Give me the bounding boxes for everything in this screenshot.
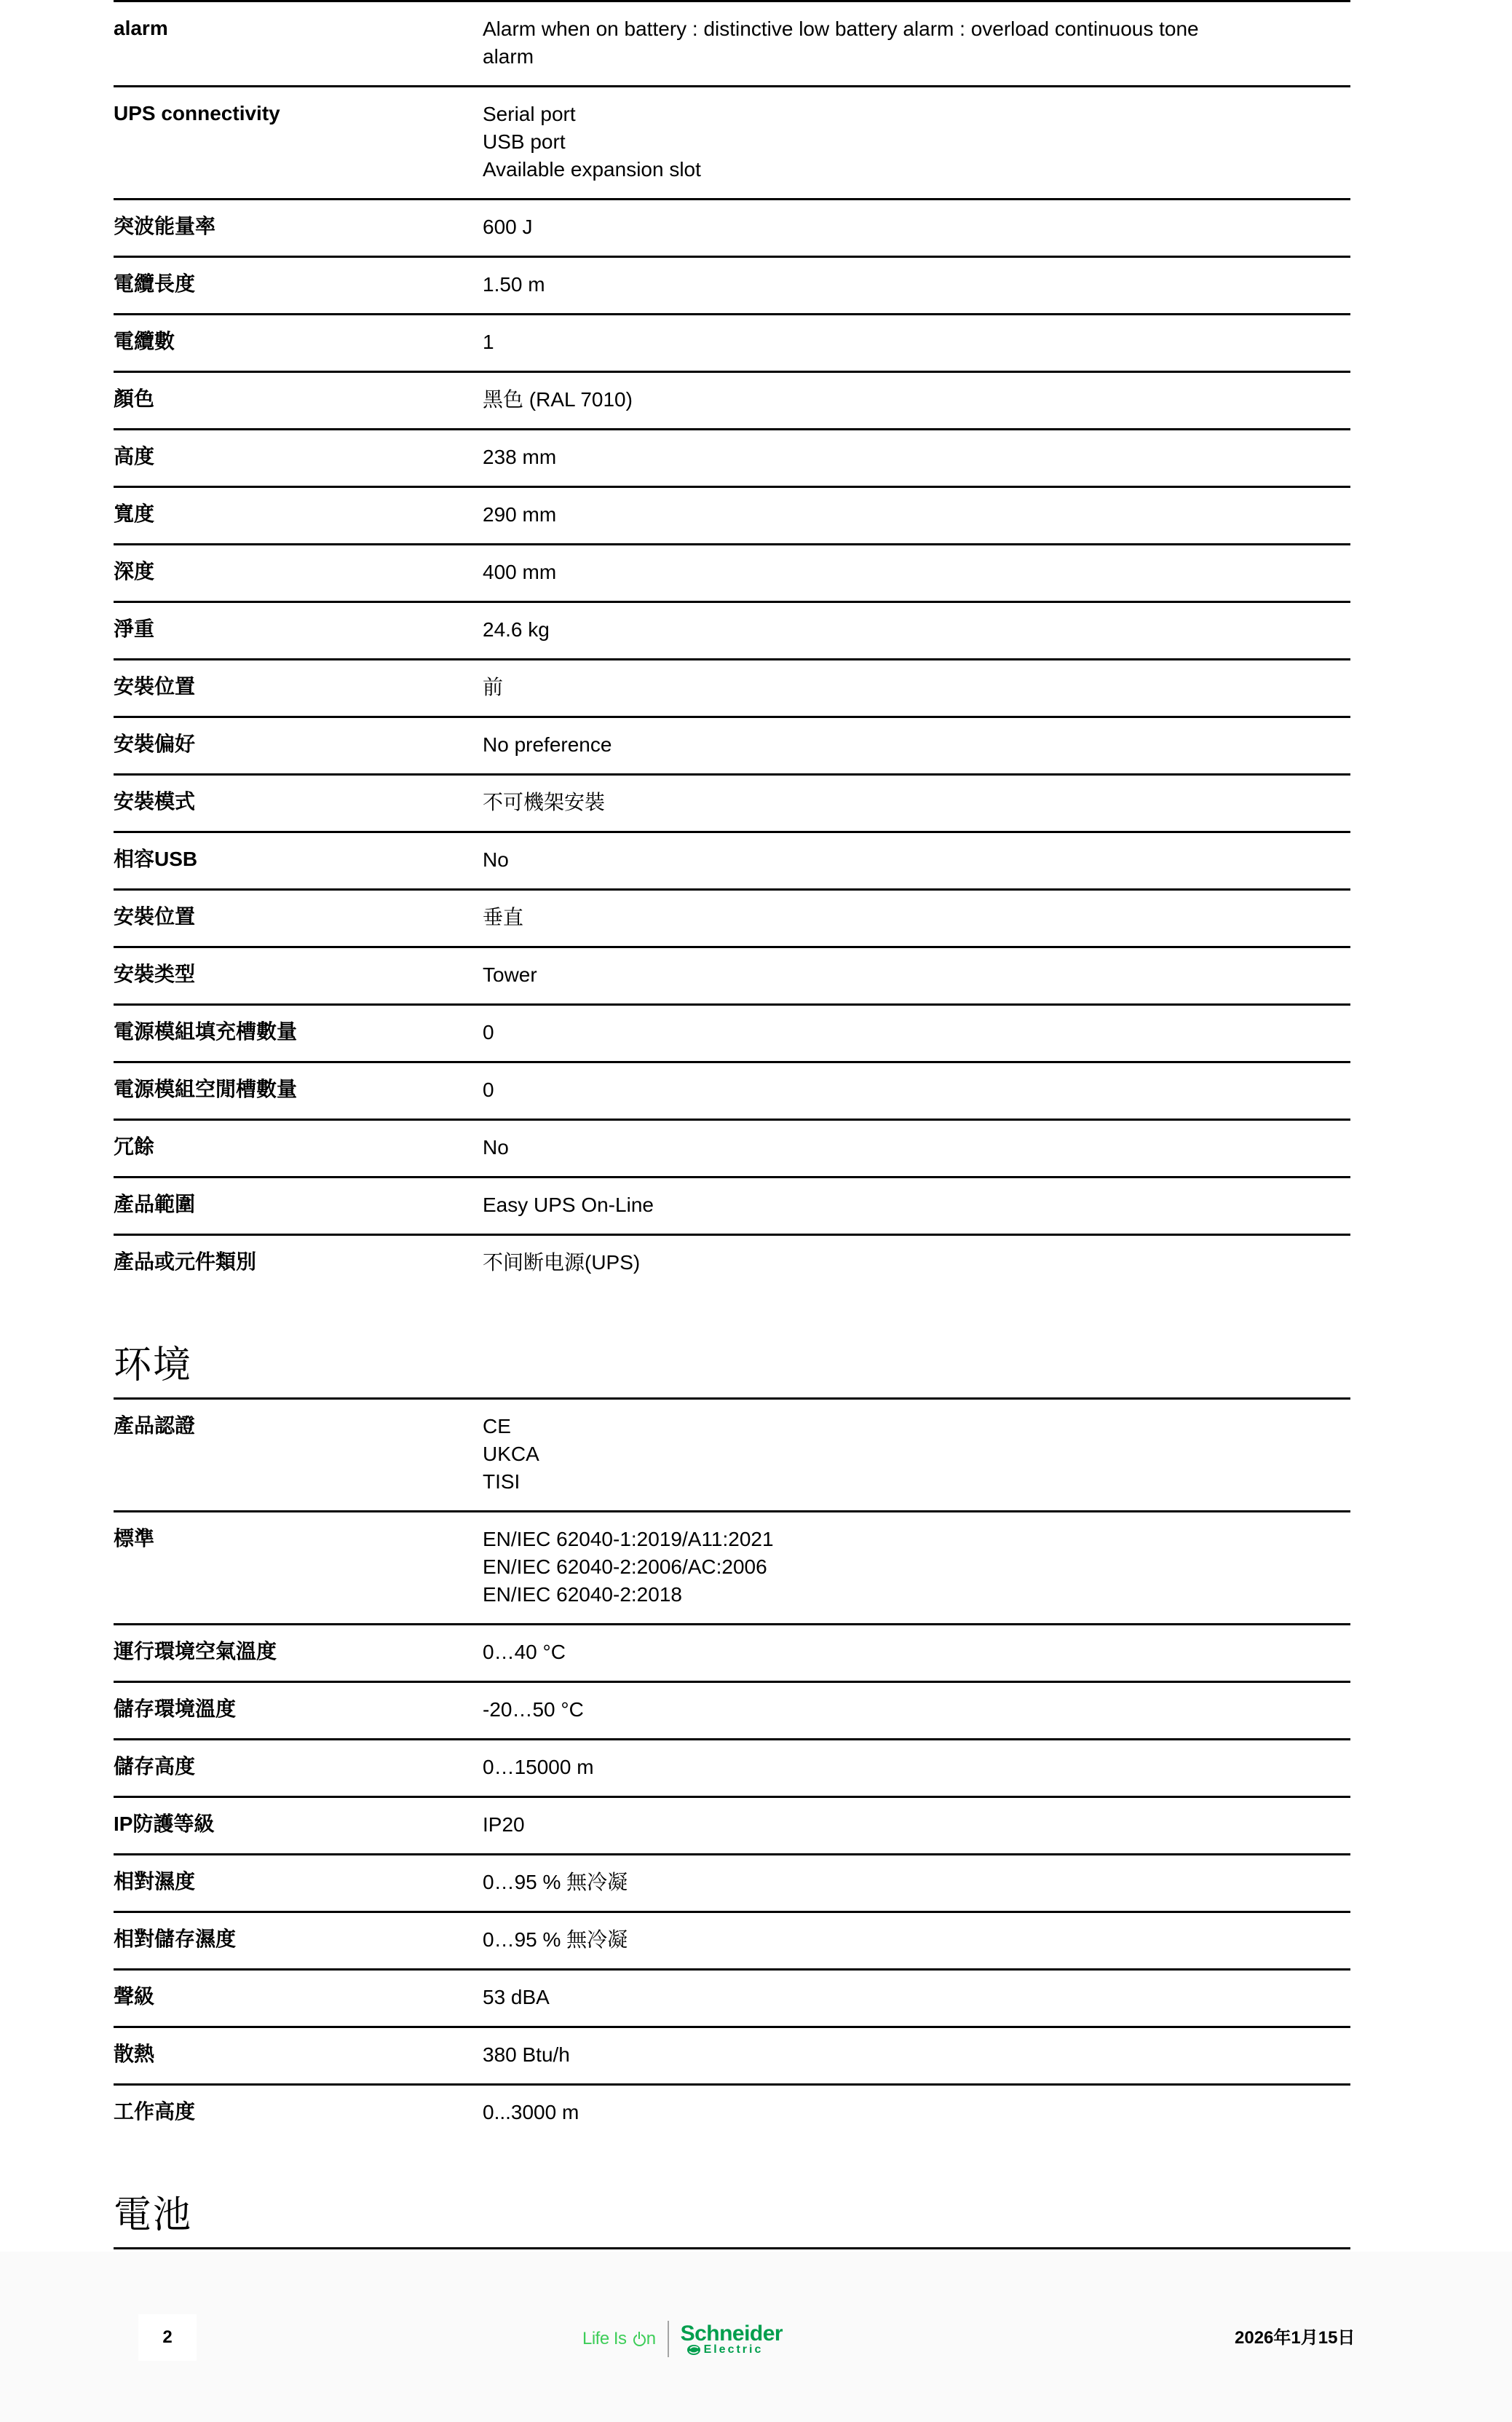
spec-label: 安裝类型 bbox=[114, 960, 483, 988]
spec-row-height: 高度 238 mm bbox=[114, 430, 1350, 488]
spec-label: 電纜數 bbox=[114, 328, 483, 355]
spec-value: 垂直 bbox=[483, 903, 1350, 931]
section-title: 電池 bbox=[114, 2141, 1350, 2247]
spec-label: 安裝位置 bbox=[114, 673, 483, 701]
spec-label: 電源模組空閒槽數量 bbox=[114, 1076, 483, 1103]
spec-label: 工作高度 bbox=[114, 2098, 483, 2126]
spec-value: 290 mm bbox=[483, 500, 1350, 529]
spec-row-relative-humidity: 相對濕度 0…95 % 無冷凝 bbox=[114, 1855, 1350, 1913]
spec-value-line: UKCA bbox=[483, 1440, 1241, 1468]
spec-value: 24.6 kg bbox=[483, 615, 1350, 644]
spec-label: 產品認證 bbox=[114, 1412, 483, 1440]
spec-row-power-module-empty-slots: 電源模組空閒槽數量 0 bbox=[114, 1063, 1350, 1121]
spec-row-redundancy: 冗餘 No bbox=[114, 1121, 1350, 1178]
spec-row-product-range: 產品範圍 Easy UPS On-Line bbox=[114, 1178, 1350, 1236]
section-title: 环境 bbox=[114, 1291, 1350, 1397]
spec-row-surge-energy: 突波能量率 600 J bbox=[114, 200, 1350, 258]
spec-row-storage-altitude: 儲存高度 0…15000 m bbox=[114, 1740, 1350, 1798]
spec-label: 產品或元件類別 bbox=[114, 1248, 483, 1276]
spec-label: 寬度 bbox=[114, 500, 483, 528]
spec-value-line: EN/IEC 62040-1:2019/A11:2021 bbox=[483, 1526, 1241, 1553]
spec-value-line: Available expansion slot bbox=[483, 156, 1241, 184]
spec-value: CE UKCA TISI bbox=[483, 1412, 1350, 1496]
spec-value: 238 mm bbox=[483, 443, 1350, 471]
spec-value: -20…50 °C bbox=[483, 1695, 1350, 1724]
spec-label: 相對儲存濕度 bbox=[114, 1925, 483, 1953]
spec-label: 儲存環境溫度 bbox=[114, 1695, 483, 1723]
spec-row-heat-dissipation: 散熱 380 Btu/h bbox=[114, 2028, 1350, 2086]
power-icon bbox=[633, 2334, 646, 2346]
spec-value-line: TISI bbox=[483, 1468, 1241, 1496]
spec-value: 380 Btu/h bbox=[483, 2040, 1350, 2069]
schneider-logo: Life Is n Schneider Electric bbox=[582, 2317, 783, 2361]
spec-value: EN/IEC 62040-1:2019/A11:2021 EN/IEC 6204… bbox=[483, 1525, 1350, 1609]
spec-value: No preference bbox=[483, 730, 1350, 759]
spec-row-mounting-preference: 安裝偏好 No preference bbox=[114, 718, 1350, 776]
spec-row-depth: 深度 400 mm bbox=[114, 545, 1350, 603]
spec-value: 600 J bbox=[483, 213, 1350, 241]
spec-row-usb-compatible: 相容USB No bbox=[114, 833, 1350, 891]
spec-label: 產品範圍 bbox=[114, 1191, 483, 1218]
spec-row-certifications: 產品認證 CE UKCA TISI bbox=[114, 1397, 1350, 1512]
brand-sub: Electric bbox=[681, 2344, 783, 2356]
tagline-text: n bbox=[646, 2329, 656, 2349]
spec-row-mounting-mode: 安裝模式 不可機架安裝 bbox=[114, 776, 1350, 833]
page-footer: 2 Life Is n Schneider Electric 2026年1月15… bbox=[0, 2252, 1512, 2422]
spec-value: 1.50 m bbox=[483, 270, 1350, 299]
spec-row-color: 顏色 黑色 (RAL 7010) bbox=[114, 373, 1350, 430]
spec-label: 突波能量率 bbox=[114, 213, 483, 240]
spec-label: 安裝位置 bbox=[114, 903, 483, 931]
spec-table: alarm Alarm when on battery : distinctiv… bbox=[114, 0, 1350, 2300]
spec-row-mounting-type: 安裝类型 Tower bbox=[114, 948, 1350, 1006]
spec-value: 0…95 % 無冷凝 bbox=[483, 1868, 1350, 1896]
spec-row-ups-connectivity: UPS connectivity Serial port USB port Av… bbox=[114, 87, 1350, 200]
spec-label: 標準 bbox=[114, 1525, 483, 1553]
spec-row-ip-rating: IP防護等級 IP20 bbox=[114, 1798, 1350, 1855]
spec-value: No bbox=[483, 1133, 1350, 1161]
spec-value: Alarm when on battery : distinctive low … bbox=[483, 15, 1350, 71]
spec-value: 0 bbox=[483, 1076, 1350, 1104]
spec-label: 儲存高度 bbox=[114, 1753, 483, 1780]
spec-row-operating-altitude: 工作高度 0...3000 m bbox=[114, 2086, 1350, 2141]
spec-value: 0…95 % 無冷凝 bbox=[483, 1925, 1350, 1954]
spec-value: 黑色 (RAL 7010) bbox=[483, 385, 1350, 414]
page-number: 2 bbox=[138, 2314, 197, 2361]
tagline-text: Life Is bbox=[582, 2329, 631, 2349]
section-general: alarm Alarm when on battery : distinctiv… bbox=[114, 0, 1350, 1291]
spec-value-line: EN/IEC 62040-2:2018 bbox=[483, 1581, 1241, 1609]
spec-label: 顏色 bbox=[114, 385, 483, 413]
spec-label: 相容USB bbox=[114, 845, 483, 873]
spec-value: 0 bbox=[483, 1018, 1350, 1046]
spec-label: alarm bbox=[114, 15, 483, 42]
spec-row-storage-humidity: 相對儲存濕度 0…95 % 無冷凝 bbox=[114, 1913, 1350, 1971]
document-date: 2026年1月15日 bbox=[1235, 2327, 1355, 2349]
spec-label: 安裝模式 bbox=[114, 788, 483, 816]
spec-row-cable-count: 電纜數 1 bbox=[114, 315, 1350, 373]
brand-name: Schneider bbox=[681, 2323, 783, 2345]
spec-value: Tower bbox=[483, 960, 1350, 989]
spec-value: 0…40 °C bbox=[483, 1638, 1350, 1666]
spec-label: 淨重 bbox=[114, 615, 483, 643]
spec-value-line: CE bbox=[483, 1413, 1241, 1440]
spec-value: IP20 bbox=[483, 1810, 1350, 1839]
spec-row-cable-length: 電纜長度 1.50 m bbox=[114, 258, 1350, 315]
spec-row-alarm: alarm Alarm when on battery : distinctiv… bbox=[114, 0, 1350, 87]
spec-label: IP防護等級 bbox=[114, 1810, 483, 1838]
spec-row-net-weight: 淨重 24.6 kg bbox=[114, 603, 1350, 660]
spec-value: 0…15000 m bbox=[483, 1753, 1350, 1781]
spec-value-line: Serial port bbox=[483, 100, 1241, 128]
spec-value: 1 bbox=[483, 328, 1350, 356]
spec-value: 不可機架安裝 bbox=[483, 788, 1350, 816]
spec-value: No bbox=[483, 845, 1350, 874]
spec-value: 不间断电源(UPS) bbox=[483, 1248, 1350, 1277]
spec-value: 53 dBA bbox=[483, 1983, 1350, 2011]
spec-value-line: USB port bbox=[483, 128, 1241, 156]
spec-label: 高度 bbox=[114, 443, 483, 470]
spec-row-noise-level: 聲級 53 dBA bbox=[114, 1971, 1350, 2028]
brand-sub-text: Electric bbox=[704, 2344, 764, 2356]
life-is-on-tagline: Life Is n bbox=[582, 2329, 668, 2349]
spec-label: UPS connectivity bbox=[114, 100, 483, 127]
schneider-mark-icon bbox=[686, 2344, 702, 2356]
spec-row-operating-temp: 運行環境空氣溫度 0…40 °C bbox=[114, 1625, 1350, 1683]
schneider-electric-wordmark: Schneider Electric bbox=[669, 2323, 783, 2356]
spec-value: Serial port USB port Available expansion… bbox=[483, 100, 1350, 184]
spec-label: 冗餘 bbox=[114, 1133, 483, 1161]
spec-value: 400 mm bbox=[483, 558, 1350, 586]
spec-value: Easy UPS On-Line bbox=[483, 1191, 1350, 1219]
spec-label: 安裝偏好 bbox=[114, 730, 483, 758]
spec-label: 運行環境空氣溫度 bbox=[114, 1638, 483, 1665]
spec-label: 深度 bbox=[114, 558, 483, 585]
spec-row-standards: 標準 EN/IEC 62040-1:2019/A11:2021 EN/IEC 6… bbox=[114, 1512, 1350, 1625]
spec-row-product-type: 產品或元件類別 不间断电源(UPS) bbox=[114, 1236, 1350, 1291]
spec-row-storage-temp: 儲存環境溫度 -20…50 °C bbox=[114, 1683, 1350, 1740]
section-environment: 环境 產品認證 CE UKCA TISI 標準 EN/IEC 62040-1:2… bbox=[114, 1291, 1350, 2141]
spec-row-mounting-orientation: 安裝位置 垂直 bbox=[114, 891, 1350, 948]
spec-row-mounting-position: 安裝位置 前 bbox=[114, 660, 1350, 718]
spec-value-line: Alarm when on battery : distinctive low … bbox=[483, 15, 1241, 71]
spec-value: 0...3000 m bbox=[483, 2098, 1350, 2126]
spec-value-line: EN/IEC 62040-2:2006/AC:2006 bbox=[483, 1553, 1241, 1581]
spec-label: 散熱 bbox=[114, 2040, 483, 2068]
spec-label: 電源模組填充槽數量 bbox=[114, 1018, 483, 1046]
spec-label: 相對濕度 bbox=[114, 1868, 483, 1896]
spec-row-power-module-filled-slots: 電源模組填充槽數量 0 bbox=[114, 1006, 1350, 1063]
spec-row-width: 寬度 290 mm bbox=[114, 488, 1350, 545]
spec-label: 電纜長度 bbox=[114, 270, 483, 298]
spec-value: 前 bbox=[483, 673, 1350, 701]
spec-label: 聲級 bbox=[114, 1983, 483, 2011]
